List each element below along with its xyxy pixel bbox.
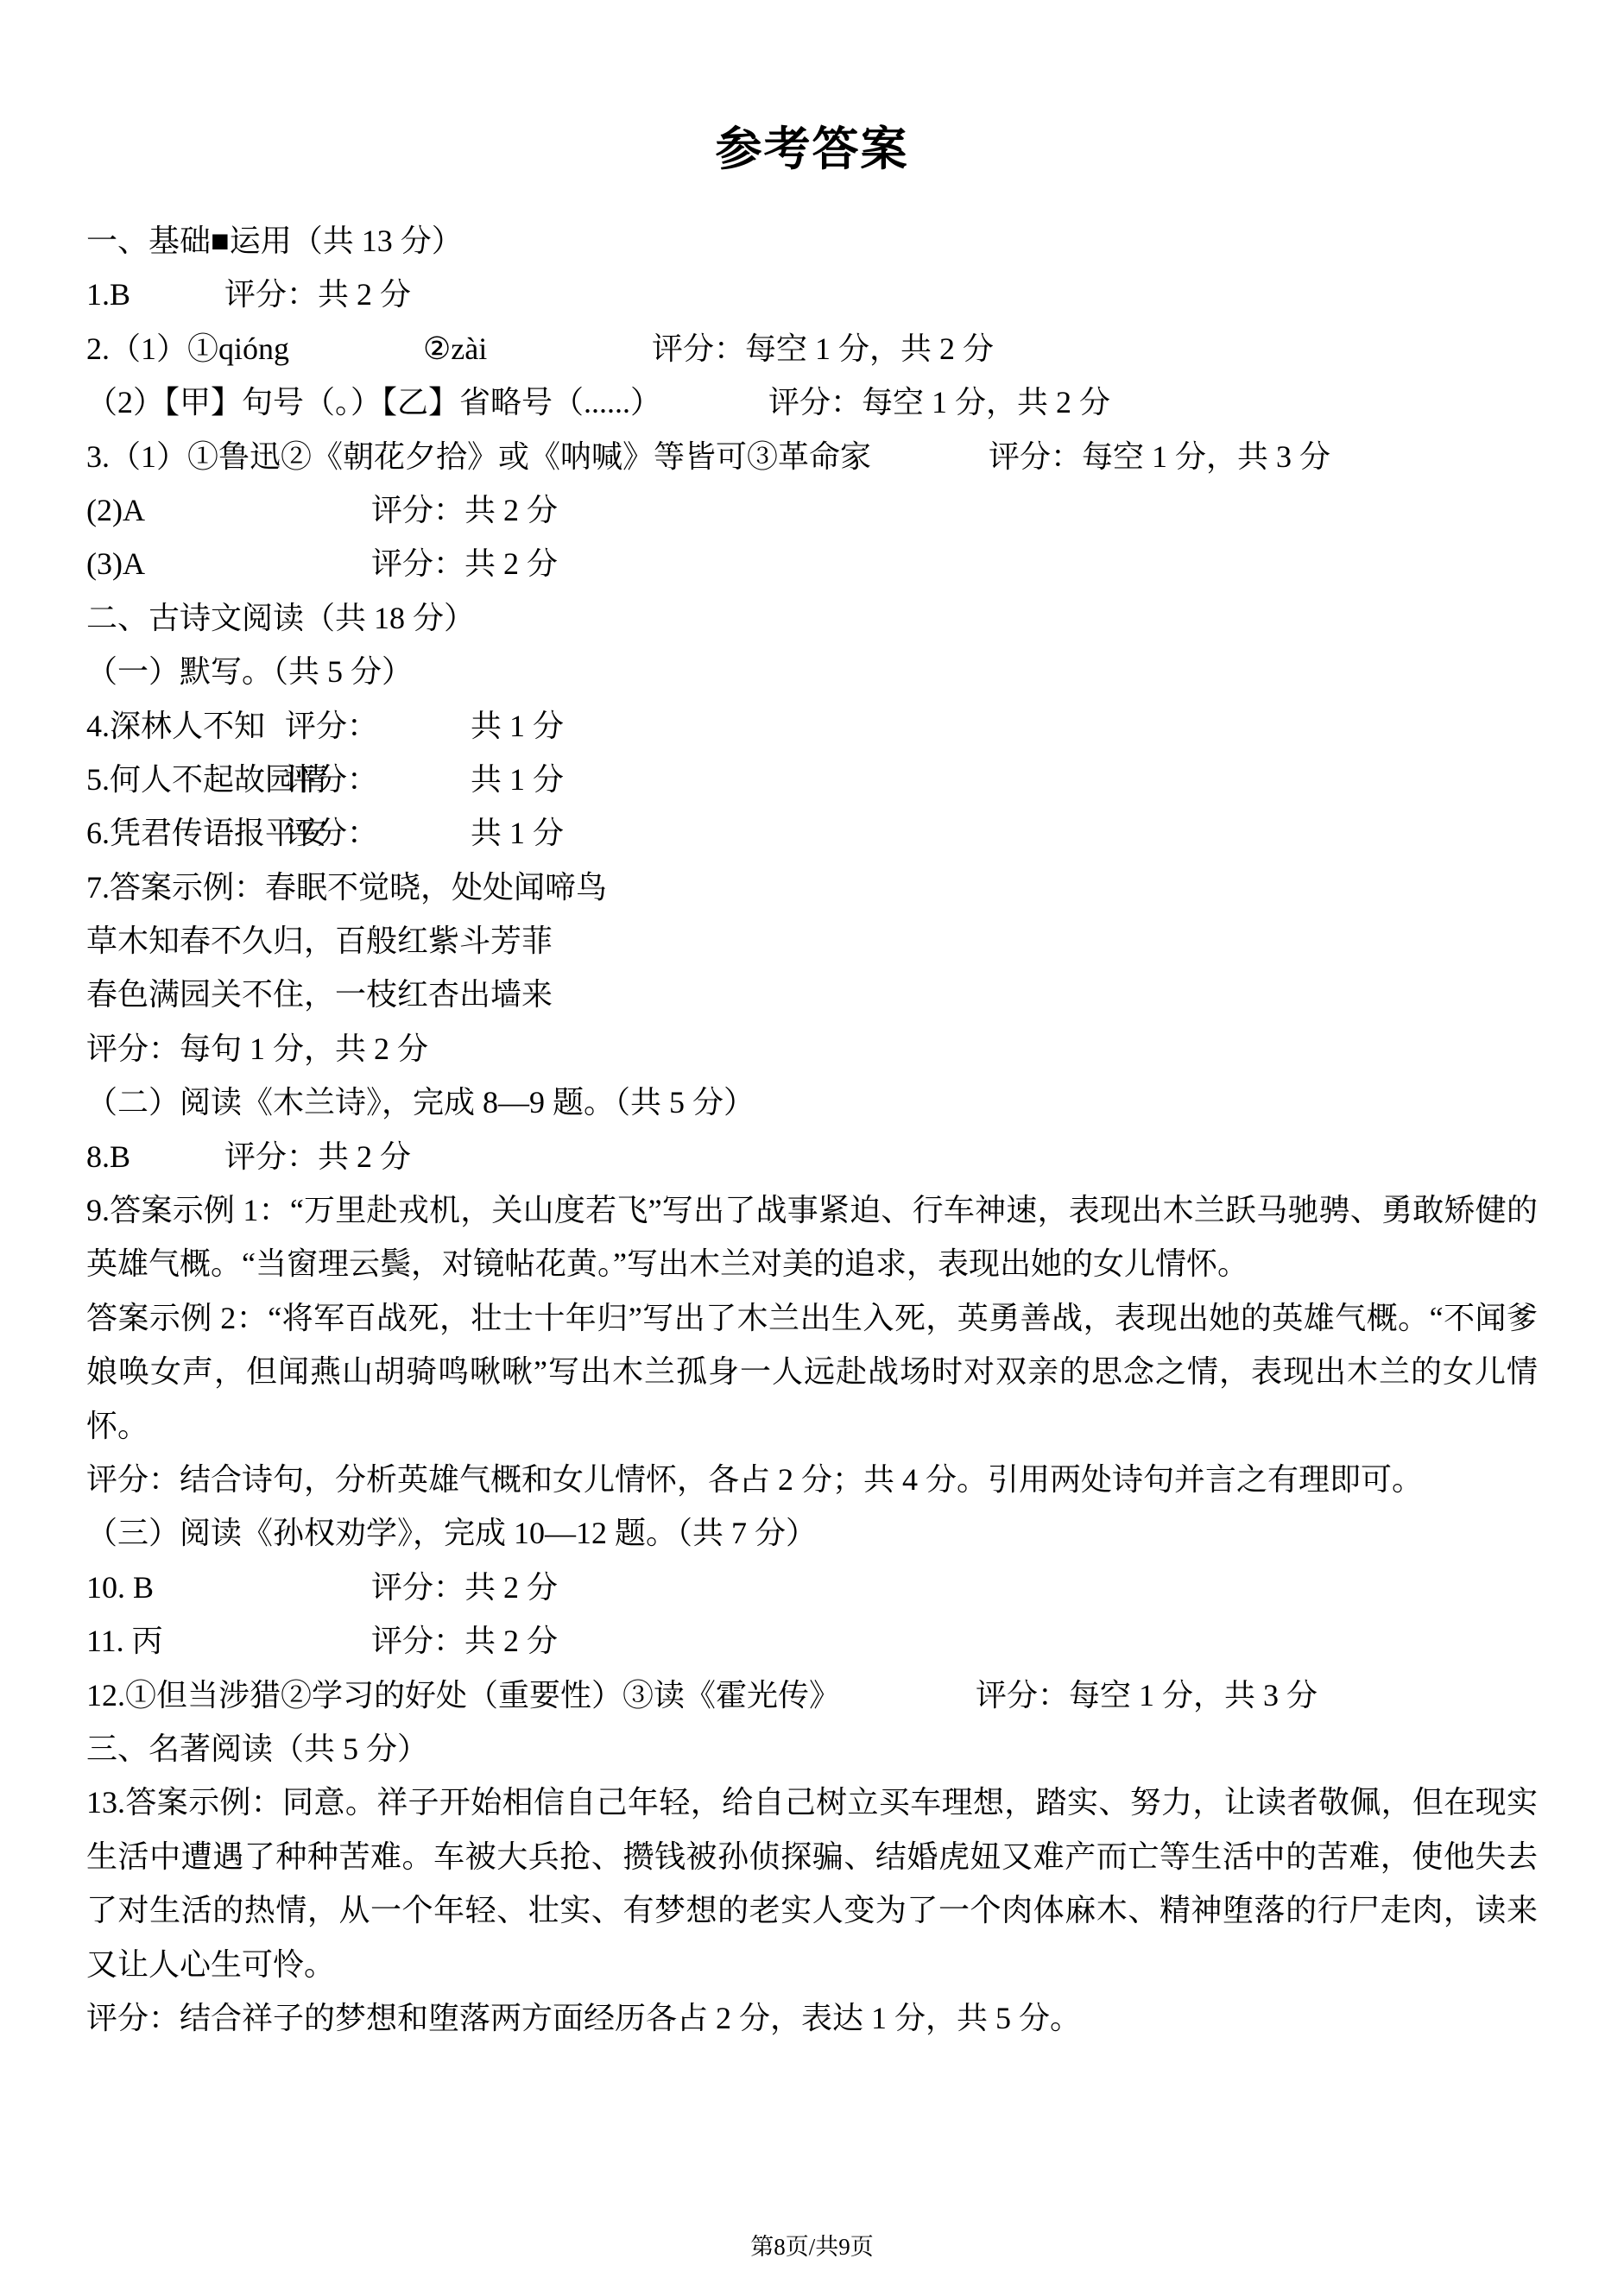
poem-line: 春色满园关不住，一枝红杏出墙来 (86, 968, 553, 1021)
paragraph-line-row: 答案示例 2：“将军百战死，壮士十年归”写出了木兰出生入死，英勇善战，表现出她的… (86, 1291, 1538, 1345)
answer-row: 1.B评分：共 2 分 (86, 268, 1538, 321)
answer-text: （2）【甲】句号（。）【乙】省略号（......） (86, 375, 661, 429)
subsection-heading-row: （三）阅读《孙权劝学》，完成 10—12 题。（共 7 分） (86, 1506, 1538, 1560)
answer-text: 4.深林人不知 (86, 699, 265, 753)
paragraph-line-row: 9.答案示例 1：“万里赴戎机，关山度若飞”写出了战事紧迫、行车神速，表现出木兰… (86, 1183, 1538, 1237)
answer-row: 5.何人不起故园情评分：共 1 分 (86, 753, 1538, 806)
paragraph-line: 了对生活的热情，从一个年轻、壮实、有梦想的老实人变为了一个肉体麻木、精神堕落的行… (86, 1883, 1538, 1937)
poem-line: 草木知春不久归，百般红紫斗芳菲 (86, 914, 553, 968)
score-note: 评分：共 2 分 (224, 1130, 411, 1183)
paragraph-line: 9.答案示例 1：“万里赴戎机，关山度若飞”写出了战事紧迫、行车神速，表现出木兰… (86, 1183, 1538, 1237)
page-number: 第8页/共9页 (0, 2232, 1624, 2261)
subsection-heading: （一）默写。（共 5 分） (86, 645, 413, 698)
answer-row: 8.B评分：共 2 分 (86, 1130, 1538, 1183)
subsection-heading-row: （二）阅读《木兰诗》，完成 8—9 题。（共 5 分） (86, 1075, 1538, 1129)
answer-row: 3.（1）①鲁迅②《朝花夕拾》或《呐喊》等皆可③革命家评分：每空 1 分，共 3… (86, 430, 1538, 483)
score-note: 评分：结合祥子的梦想和堕落两方面经历各占 2 分，表达 1 分，共 5 分。 (86, 1991, 1081, 2045)
score-note: 评分：共 2 分 (371, 1561, 558, 1614)
paragraph-line-row: 娘唤女声，但闻燕山胡骑鸣啾啾”写出木兰孤身一人远赴战场时对双亲的思念之情，表现出… (86, 1345, 1538, 1398)
answer-key-page: 参考答案 一、基础■运用（共 13 分） 1.B评分：共 2 分 2.（1）①q… (0, 0, 1624, 2296)
poem-line-row: 春色满园关不住，一枝红杏出墙来 (86, 968, 1538, 1021)
answer-text: 2.（1）①qióng (86, 322, 289, 375)
answer-text: (2)A (86, 483, 145, 537)
scoring-note-row: 评分：结合祥子的梦想和堕落两方面经历各占 2 分，表达 1 分，共 5 分。 (86, 1991, 1538, 2045)
section-heading-row: 三、名著阅读（共 5 分） (86, 1722, 1538, 1776)
subsection-heading: （二）阅读《木兰诗》，完成 8—9 题。（共 5 分） (86, 1075, 755, 1129)
document-body: 一、基础■运用（共 13 分） 1.B评分：共 2 分 2.（1）①qióng②… (86, 214, 1538, 2045)
scoring-note-row: 评分：结合诗句，分析英雄气概和女儿情怀，各占 2 分；共 4 分。引用两处诗句并… (86, 1453, 1538, 1506)
section-heading: 三、名著阅读（共 5 分） (86, 1722, 428, 1776)
score-label: 评分： (285, 806, 378, 860)
scoring-note-row: 评分：每句 1 分，共 2 分 (86, 1022, 1538, 1075)
answer-row: (3)A评分：共 2 分 (86, 537, 1538, 590)
answer-text-2: ②zài (423, 322, 487, 375)
paragraph-line: 娘唤女声，但闻燕山胡骑鸣啾啾”写出木兰孤身一人远赴战场时对双亲的思念之情，表现出… (86, 1345, 1538, 1398)
section-heading-row: 二、古诗文阅读（共 18 分） (86, 591, 1538, 645)
answer-row: (2)A评分：共 2 分 (86, 483, 1538, 537)
answer-row: 7.答案示例：春眠不觉晓，处处闻啼鸟 (86, 861, 1538, 914)
answer-text: 11. 丙 (86, 1614, 163, 1668)
section-heading-row: 一、基础■运用（共 13 分） (86, 214, 1538, 268)
paragraph-line-row: 英雄气概。“当窗理云鬓，对镜帖花黄。”写出木兰对美的追求，表现出她的女儿情怀。 (86, 1237, 1538, 1290)
score-note: 评分：每空 1 分，共 2 分 (768, 375, 1110, 429)
section-heading: 二、古诗文阅读（共 18 分） (86, 591, 475, 645)
paragraph-line-row: 了对生活的热情，从一个年轻、壮实、有梦想的老实人变为了一个肉体麻木、精神堕落的行… (86, 1883, 1538, 1937)
paragraph-line: 怀。 (86, 1399, 148, 1453)
subsection-heading-row: （一）默写。（共 5 分） (86, 645, 1538, 698)
score-note: 评分：共 2 分 (224, 268, 411, 321)
answer-text: 10. B (86, 1561, 154, 1614)
score-note: 评分：每句 1 分，共 2 分 (86, 1022, 428, 1075)
score-note: 评分：每空 1 分，共 3 分 (976, 1668, 1318, 1722)
subsection-heading: （三）阅读《孙权劝学》，完成 10—12 题。（共 7 分） (86, 1506, 817, 1560)
answer-row: 10. B评分：共 2 分 (86, 1561, 1538, 1614)
score-note: 评分：共 2 分 (371, 483, 558, 537)
answer-row: 6.凭君传语报平安评分：共 1 分 (86, 806, 1538, 860)
score-note: 评分：每空 1 分，共 3 分 (989, 430, 1330, 483)
paragraph-line-row: 生活中遭遇了种种苦难。车被大兵抢、攒钱被孙侦探骗、结婚虎妞又难产而亡等生活中的苦… (86, 1830, 1538, 1883)
answer-row: 4.深林人不知评分：共 1 分 (86, 699, 1538, 753)
score-note: 评分：结合诗句，分析英雄气概和女儿情怀，各占 2 分；共 4 分。引用两处诗句并… (86, 1453, 1423, 1506)
score-label: 评分： (285, 753, 378, 806)
paragraph-line: 英雄气概。“当窗理云鬓，对镜帖花黄。”写出木兰对美的追求，表现出她的女儿情怀。 (86, 1237, 1248, 1290)
answer-row: 12.①但当涉猎②学习的好处（重要性）③读《霍光传》评分：每空 1 分，共 3 … (86, 1668, 1538, 1722)
answer-row: （2）【甲】句号（。）【乙】省略号（......）评分：每空 1 分，共 2 分 (86, 375, 1538, 429)
section-heading: 一、基础■运用（共 13 分） (86, 214, 463, 268)
answer-text: (3)A (86, 537, 145, 590)
score-value: 共 1 分 (471, 806, 564, 860)
paragraph-line-row: 13.答案示例：同意。祥子开始相信自己年轻，给自己树立买车理想，踏实、努力，让读… (86, 1776, 1538, 1829)
score-value: 共 1 分 (471, 699, 564, 753)
answer-row: 2.（1）①qióng②zài评分：每空 1 分，共 2 分 (86, 322, 1538, 375)
score-note: 评分：共 2 分 (371, 1614, 558, 1668)
score-note: 评分：每空 1 分，共 2 分 (652, 322, 994, 375)
paragraph-line: 又让人心生可怜。 (86, 1938, 335, 1991)
paragraph-line: 答案示例 2：“将军百战死，壮士十年归”写出了木兰出生入死，英勇善战，表现出她的… (86, 1291, 1538, 1345)
answer-row: 11. 丙评分：共 2 分 (86, 1614, 1538, 1668)
answer-text: 3.（1）①鲁迅②《朝花夕拾》或《呐喊》等皆可③革命家 (86, 430, 871, 483)
answer-text: 8.B (86, 1130, 130, 1183)
answer-text: 1.B (86, 268, 130, 321)
page-title: 参考答案 (0, 119, 1624, 180)
answer-text: 7.答案示例：春眠不觉晓，处处闻啼鸟 (86, 861, 607, 914)
paragraph-line-row: 又让人心生可怜。 (86, 1938, 1538, 1991)
answer-text: 12.①但当涉猎②学习的好处（重要性）③读《霍光传》 (86, 1668, 840, 1722)
score-note: 评分：共 2 分 (371, 537, 558, 590)
paragraph-line: 13.答案示例：同意。祥子开始相信自己年轻，给自己树立买车理想，踏实、努力，让读… (86, 1776, 1538, 1829)
score-value: 共 1 分 (471, 753, 564, 806)
poem-line-row: 草木知春不久归，百般红紫斗芳菲 (86, 914, 1538, 968)
paragraph-line-row: 怀。 (86, 1399, 1538, 1453)
paragraph-line: 生活中遭遇了种种苦难。车被大兵抢、攒钱被孙侦探骗、结婚虎妞又难产而亡等生活中的苦… (86, 1830, 1538, 1883)
score-label: 评分： (285, 699, 378, 753)
